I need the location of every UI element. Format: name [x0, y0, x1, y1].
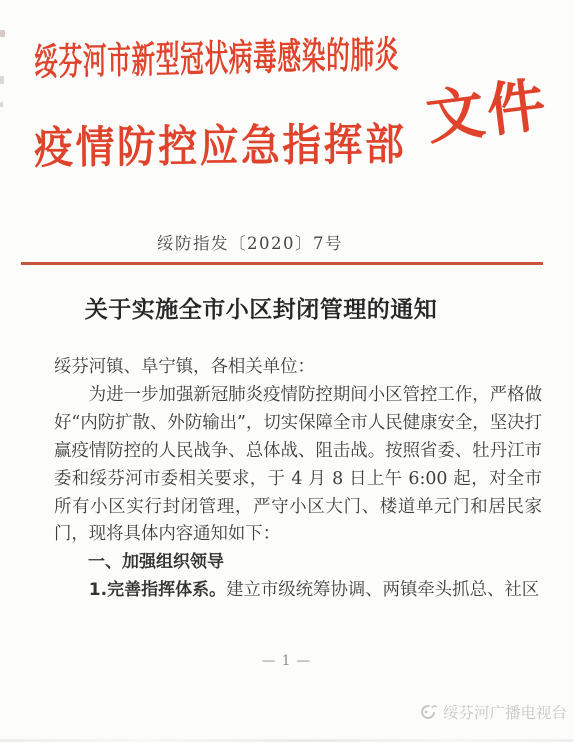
section-1-heading: 一、加强组织领导	[54, 549, 542, 577]
notice-title: 关于实施全市小区封闭管理的通知	[0, 291, 522, 324]
document-number: 绥防指发〔2020〕7号	[0, 230, 500, 254]
page-number: — 1 —	[0, 653, 573, 669]
scan-speck	[0, 30, 5, 37]
notice-body: 绥芬河镇、阜宁镇，各相关单位： 为进一步加强新冠肺炎疫情防控期间小区管控工作，严…	[54, 354, 542, 605]
item-1-text: 建立市级统筹协调、两镇牵头抓总、社区	[226, 580, 539, 600]
scan-speck	[0, 102, 3, 107]
station-name: 绥芬河广播电视台	[443, 701, 567, 723]
red-divider	[21, 262, 543, 265]
salutation: 绥芬河镇、阜宁镇，各相关单位：	[54, 354, 542, 382]
org-name-line1: 绥芬河市新型冠状病毒感染的肺炎	[34, 24, 399, 86]
station-watermark: 绥芬河广播电视台	[418, 701, 567, 723]
station-logo-icon	[418, 703, 438, 721]
org-name-line2: 疫情防控应急指挥部	[34, 108, 407, 176]
document-page: 绥芬河市新型冠状病毒感染的肺炎 疫情防控应急指挥部 文件 绥防指发〔2020〕7…	[0, 0, 573, 742]
document-type-label: 文件	[421, 57, 552, 155]
item-1-paragraph: 1.完善指挥体系。建立市级统筹协调、两镇牵头抓总、社区	[54, 577, 542, 605]
item-1-lead: 1.完善指挥体系。	[89, 580, 226, 600]
scan-speck	[0, 76, 4, 84]
opening-paragraph: 为进一步加强新冠肺炎疫情防控期间小区管控工作，严格做好“内防扩散、外防输出”，切…	[54, 382, 542, 549]
